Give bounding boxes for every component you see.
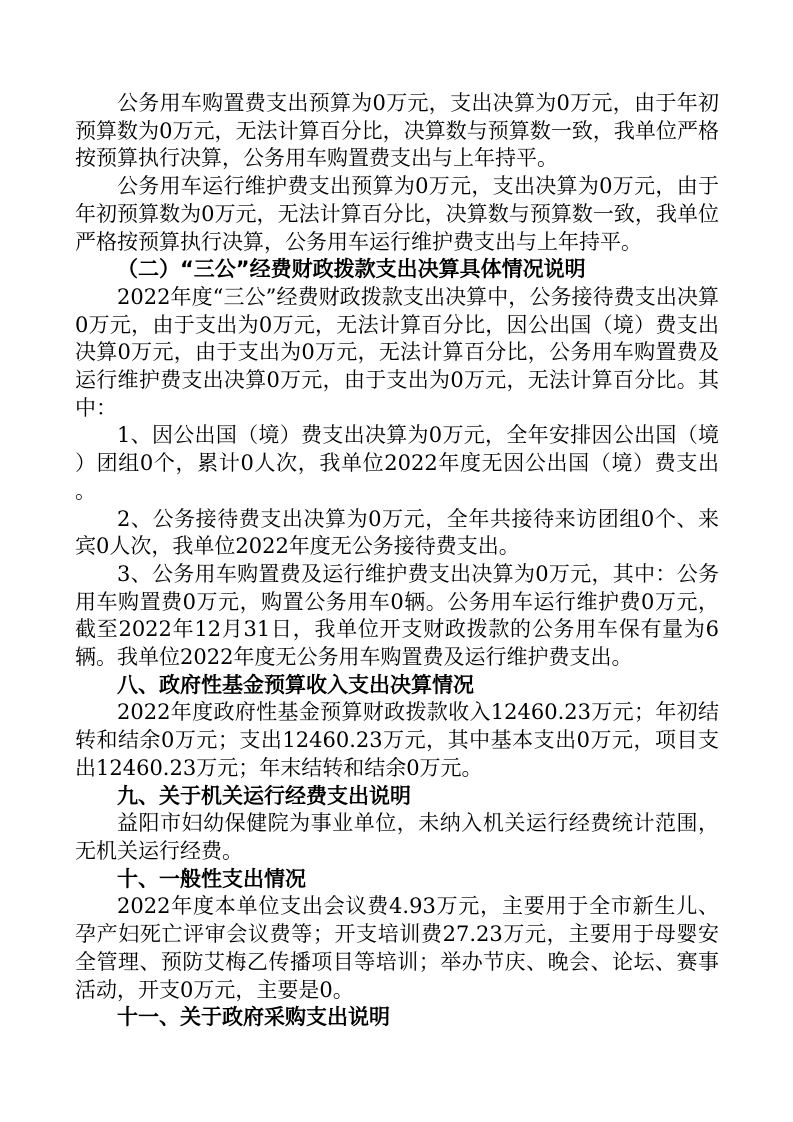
- section-heading: 九、关于机关运行经费支出说明: [75, 783, 719, 811]
- document-page: 公务用车购置费支出预算为0万元，支出决算为0万元，由于年初预算数为0万元，无法计…: [0, 0, 793, 1122]
- body-paragraph: 1、因公出国（境）费支出决算为0万元，全年安排因公出国（境）团组0个，累计0人次…: [75, 422, 719, 505]
- body-paragraph: 公务用车运行维护费支出预算为0万元，支出决算为0万元，由于年初预算数为0万元，无…: [75, 173, 719, 256]
- section-heading: 八、政府性基金预算收入支出决算情况: [75, 672, 719, 700]
- body-paragraph: 2022年度“三公”经费财政拨款支出决算中，公务接待费支出决算0万元，由于支出为…: [75, 284, 719, 423]
- body-paragraph: 3、公务用车购置费及运行维护费支出决算为0万元，其中：公务用车购置费0万元，购置…: [75, 561, 719, 672]
- body-paragraph: 2022年度政府性基金预算财政拨款收入12460.23万元；年初结转和结余0万元…: [75, 699, 719, 782]
- section-heading: 十一、关于政府采购支出说明: [75, 1004, 719, 1032]
- document-body: 公务用车购置费支出预算为0万元，支出决算为0万元，由于年初预算数为0万元，无法计…: [75, 90, 719, 1032]
- section-heading: （二）“三公”经费财政拨款支出决算具体情况说明: [75, 256, 719, 284]
- section-heading: 十、一般性支出情况: [75, 866, 719, 894]
- body-paragraph: 2022年度本单位支出会议费4.93万元，主要用于全市新生儿、孕产妇死亡评审会议…: [75, 893, 719, 1004]
- body-paragraph: 益阳市妇幼保健院为事业单位，未纳入机关运行经费统计范围，无机关运行经费。: [75, 810, 719, 865]
- body-paragraph: 2、公务接待费支出决算为0万元，全年共接待来访团组0个、来宾0人次，我单位202…: [75, 506, 719, 561]
- body-paragraph: 公务用车购置费支出预算为0万元，支出决算为0万元，由于年初预算数为0万元，无法计…: [75, 90, 719, 173]
